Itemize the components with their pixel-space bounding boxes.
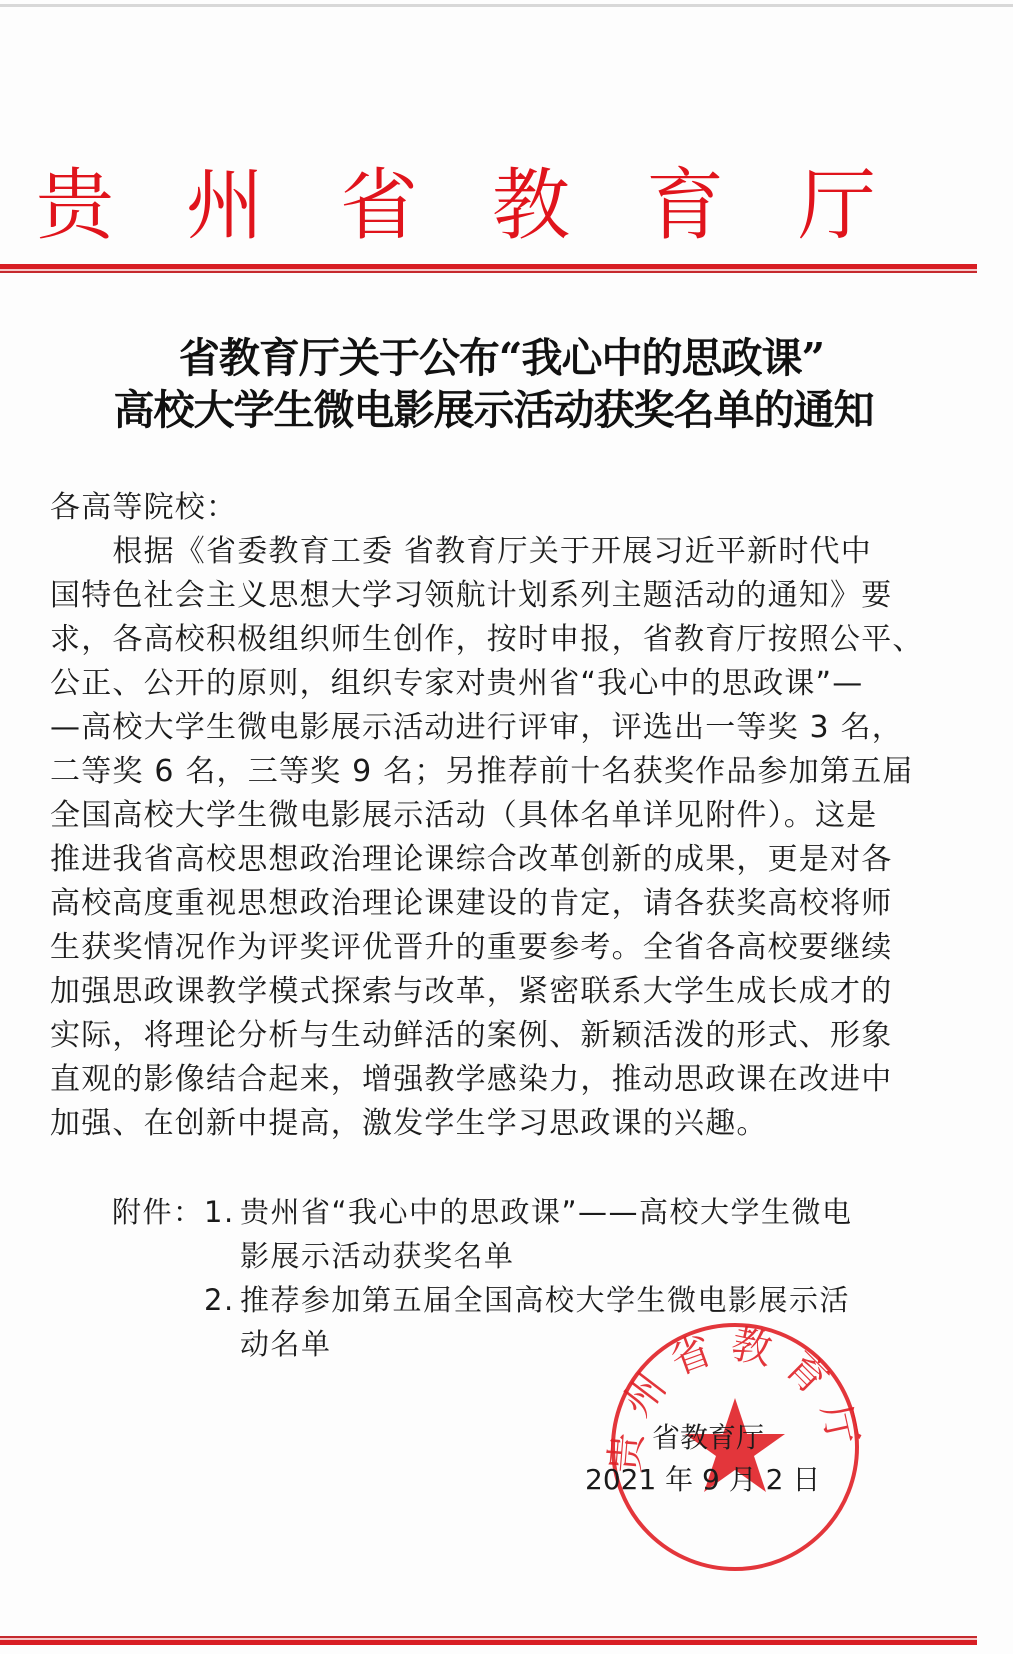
body-line: 实际，将理论分析与生动鲜活的案例、新颖活泼的形式、形象 [50,1014,900,1058]
body-line: —高校大学生微电影展示活动进行评审，评选出一等奖 3 名， [50,706,900,750]
masthead-char: 厅 [798,160,876,252]
body-line: 加强、在创新中提高，激发学生学习思政课的兴趣。 [50,1102,900,1146]
attachment-title-cont: 影展示活动获奖名单 [240,1234,515,1278]
body-line: 推进我省高校思想政治理论课综合改革创新的成果，更是对各 [50,838,900,882]
footer-divider [0,1636,977,1645]
salutation: 各高等院校： [50,486,900,530]
attachment-title-cont: 动名单 [240,1322,332,1366]
body-line: 根据《省委教育工委 省教育厅关于开展习近平新时代中 [50,530,900,574]
body-line: 加强思政课教学模式探索与改革，紧密联系大学生成长成才的 [50,970,900,1014]
attachment-number: 1. [204,1190,235,1234]
body-line: 高校高度重视思想政治理论课建设的肯定，请各获奖高校将师 [50,882,900,926]
body-line: 直观的影像结合起来，增强教学感染力，推动思政课在改进中 [50,1058,900,1102]
body-line: 二等奖 6 名，三等奖 9 名；另推荐前十名获奖作品参加第五届 [50,750,900,794]
masthead-char: 贵 [36,160,114,252]
document-title-line-1: 省教育厅关于公布“我心中的思政课” [0,332,1008,384]
attachments-label: 附件： [112,1190,204,1234]
masthead-char: 州 [186,160,264,252]
body-line: 求，各高校积极组织师生创作，按时申报，省教育厅按照公平、 [50,618,900,662]
issue-date: 2021 年 9 月 2 日 [585,1458,820,1498]
masthead-char: 省 [340,160,418,252]
document-title-line-2: 高校大学生微电影展示活动获奖名单的通知 [0,384,1000,436]
body-line: 国特色社会主义思想大学习领航计划系列主题活动的通知》要 [50,574,900,618]
masthead: 贵 州 省 教 育 厅 [0,160,1013,252]
top-border [0,4,1013,7]
masthead-divider [0,264,977,273]
attachment-number: 2. [204,1278,235,1322]
masthead-char: 教 [492,160,570,252]
body-paragraph: 根据《省委教育工委 省教育厅关于开展习近平新时代中 国特色社会主义思想大学习领航… [50,530,900,1146]
body-line: 公正、公开的原则，组织专家对贵州省“我心中的思政课”— [50,662,900,706]
body-line: 全国高校大学生微电影展示活动（具体名单详见附件）。这是 [50,794,900,838]
attachment-title: 推荐参加第五届全国高校大学生微电影展示活 [240,1278,850,1322]
body-line: 生获奖情况作为评奖评优晋升的重要参考。全省各高校要继续 [50,926,900,970]
issuer-signature: 省教育厅 [652,1416,764,1456]
attachment-title: 贵州省“我心中的思政课”——高校大学生微电 [240,1190,853,1234]
masthead-char: 育 [646,160,724,252]
